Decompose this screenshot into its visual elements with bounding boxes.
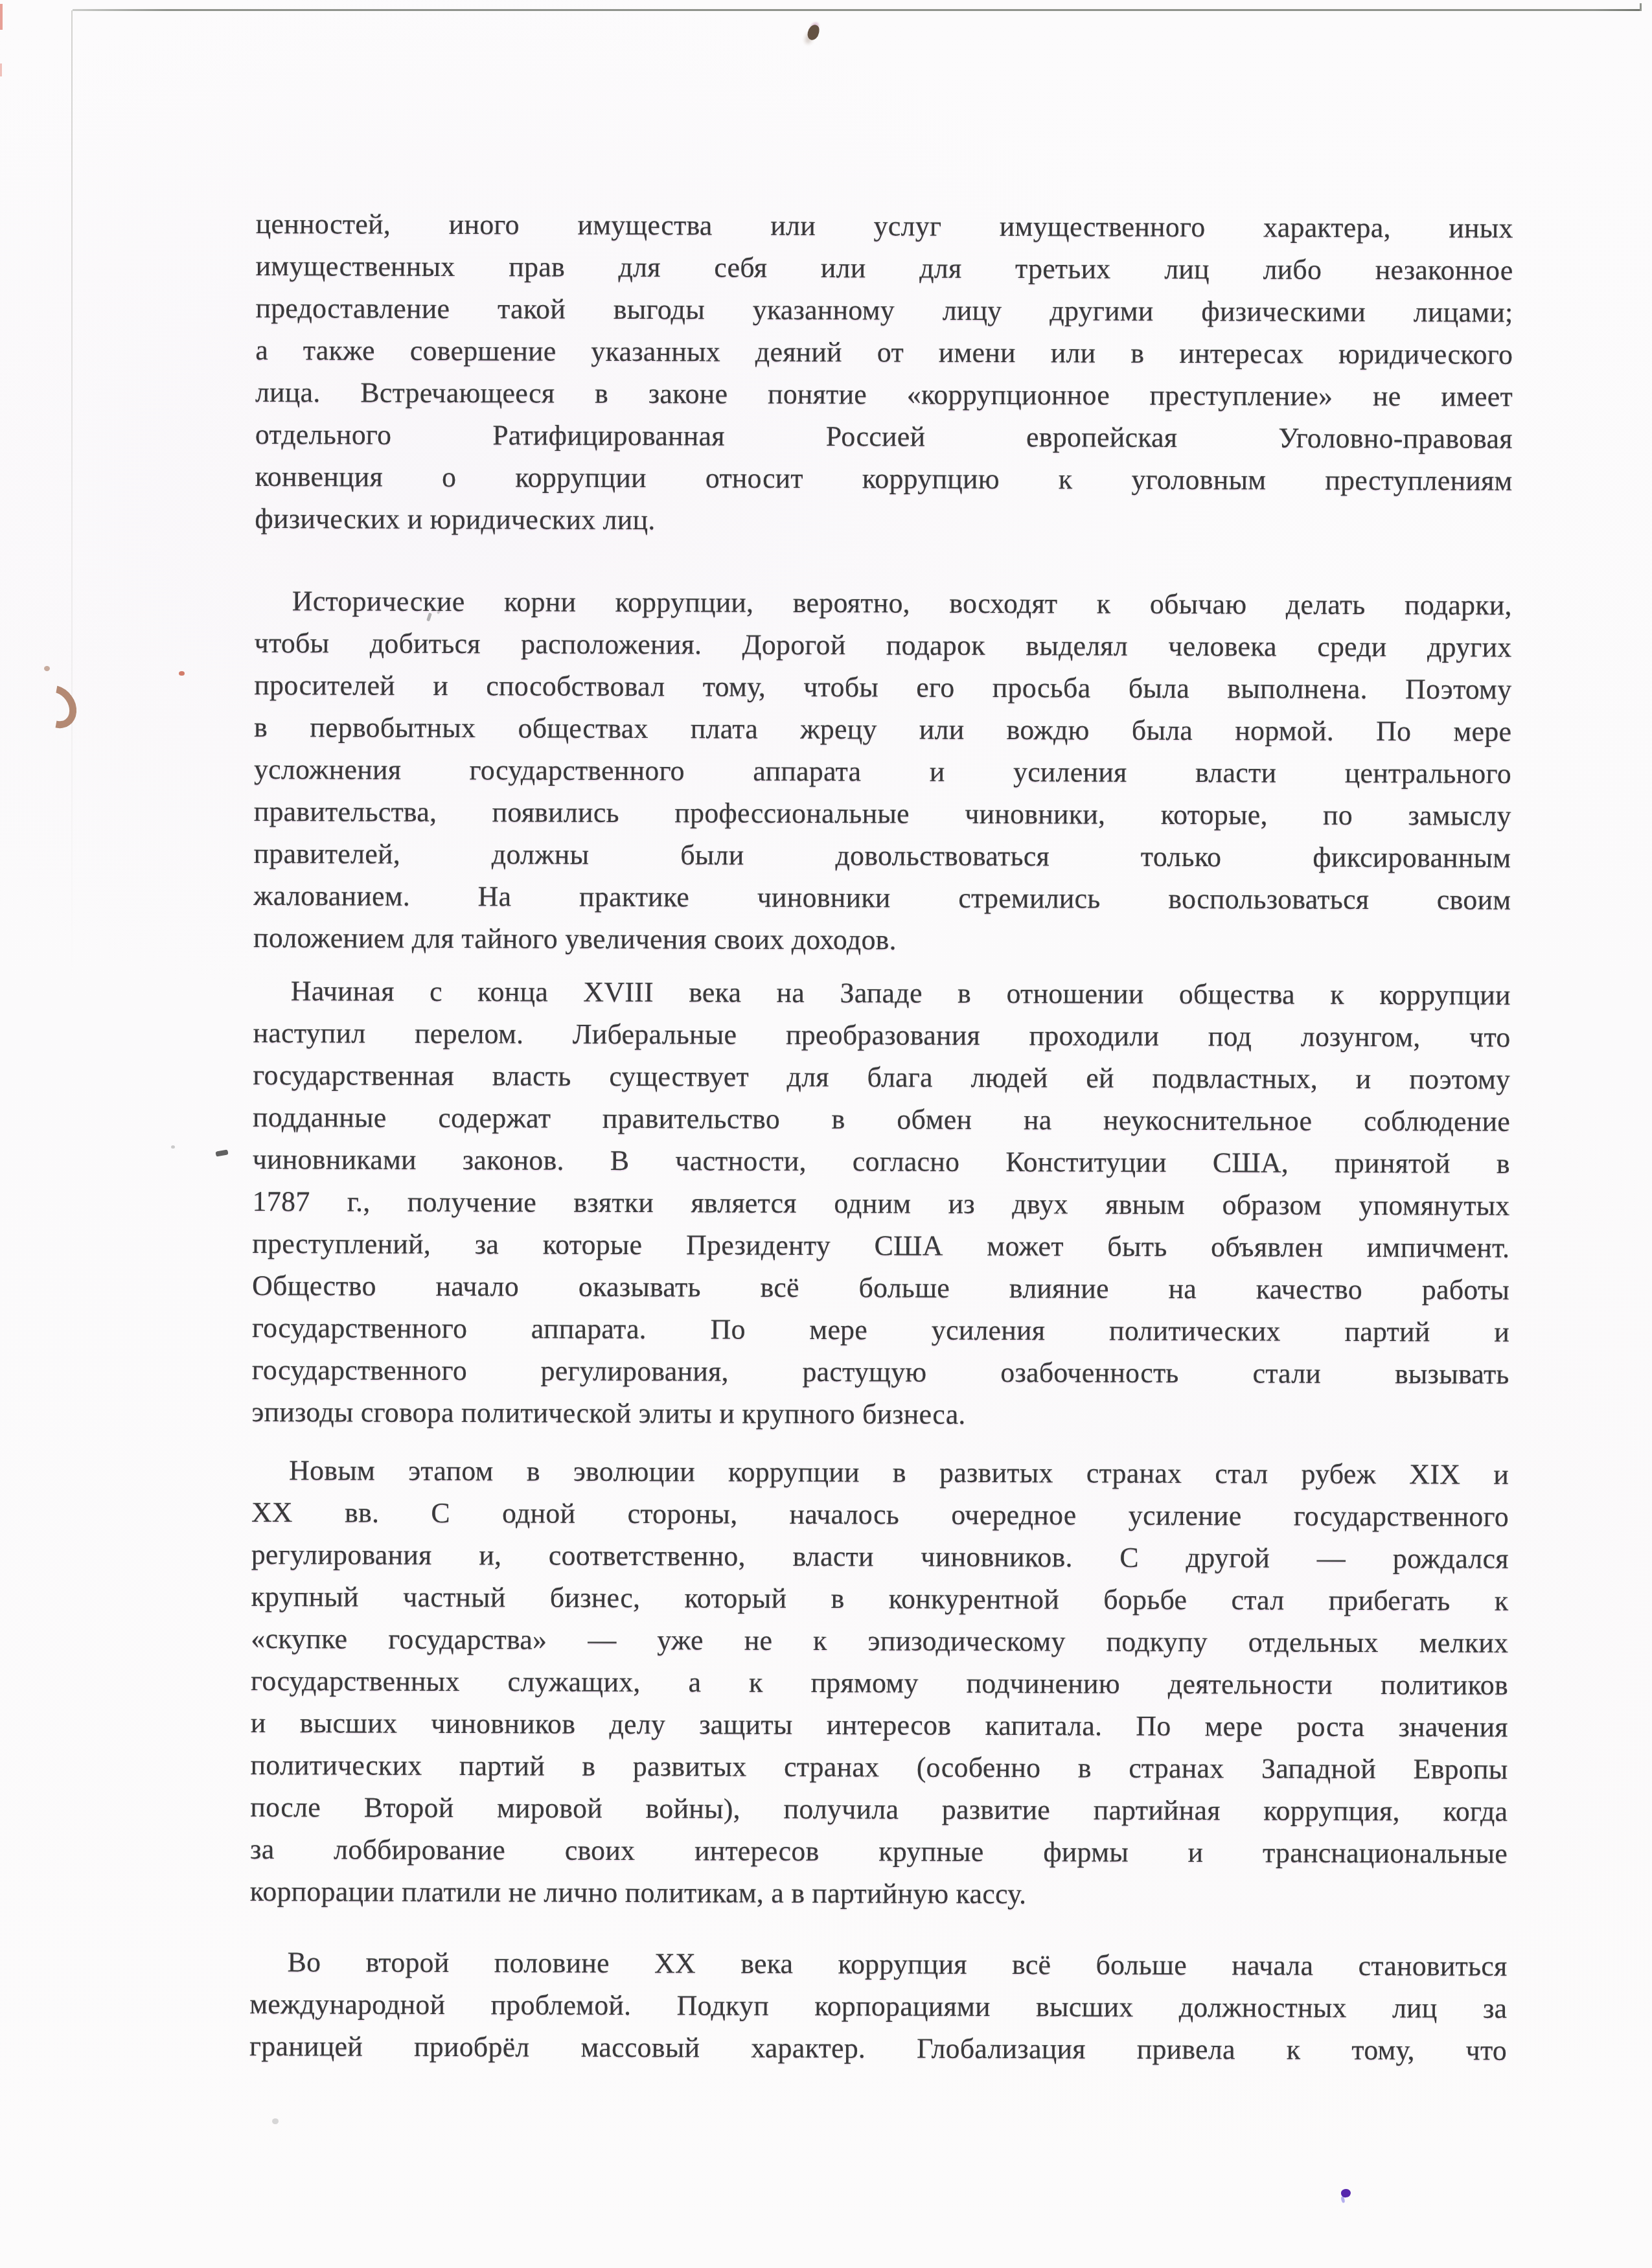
text-line: конвенция о коррупции относит коррупцию … — [255, 455, 1512, 502]
text-line: Исторические корни коррупции, вероятно, … — [255, 580, 1512, 626]
text-line: наступил перелом. Либеральные преобразов… — [253, 1012, 1510, 1059]
document-text: ценностей, иного имущества или услуг иму… — [249, 203, 1513, 2072]
faint-speck — [171, 1145, 175, 1149]
text-line: за лоббирование своих интересов крупные … — [250, 1828, 1508, 1875]
text-line: ценностей, иного имущества или услуг иму… — [256, 203, 1513, 249]
pen-mark-crescent — [28, 678, 85, 737]
paragraph-1: ценностей, иного имущества или услуг иму… — [255, 203, 1513, 544]
text-line: лица. Встречающееся в законе понятие «ко… — [255, 371, 1513, 418]
paragraph-3: Начиная с конца XVIII века на Западе в о… — [251, 970, 1510, 1438]
text-line: Во второй половине XX века коррупция всё… — [249, 1941, 1507, 1987]
text-line: границей приобрёл массовый характер. Гло… — [249, 2025, 1507, 2072]
text-line: государственного регулирования, растущую… — [252, 1349, 1509, 1395]
text-line: крупный частный бизнес, который в конкур… — [251, 1575, 1508, 1622]
text-line: 1787 г., получение взятки является одним… — [253, 1180, 1510, 1227]
ink-speck — [807, 23, 821, 41]
text-line: регулирования и, соответственно, власти … — [251, 1533, 1509, 1580]
text-line: преступлений, за которые Президенту США … — [252, 1222, 1509, 1269]
text-line: эпизоды сговора политической элиты и кру… — [251, 1391, 1509, 1438]
text-line: физических и юридических лиц. — [255, 498, 1512, 544]
text-line: жалованием. На практике чиновники стреми… — [253, 875, 1511, 921]
text-line: Начиная с конца XVIII века на Западе в о… — [253, 970, 1511, 1016]
text-line: чиновниками законов. В частности, соглас… — [253, 1138, 1510, 1185]
ink-speck — [44, 666, 50, 671]
text-line: положением для тайного увеличения своих … — [253, 917, 1511, 963]
paragraph-2: Исторические корни коррупции, вероятно, … — [253, 580, 1512, 963]
text-line: Новым этапом в эволюции коррупции в разв… — [251, 1449, 1509, 1496]
text-line: после Второй мировой войны), получила ра… — [250, 1786, 1508, 1833]
text-line: государственная власть существует для бл… — [253, 1054, 1510, 1101]
text-line: просителей и способствовал тому, чтобы е… — [254, 664, 1511, 711]
red-ink-speck — [179, 671, 185, 676]
text-line: Общество начало оказывать всё больше вли… — [252, 1265, 1509, 1311]
text-line: «скупке государства» — уже не к эпизодич… — [251, 1618, 1508, 1664]
text-line: отдельного Ратифицированная Россией евро… — [255, 413, 1513, 460]
paragraph-4: Новым этапом в эволюции коррупции в разв… — [250, 1449, 1509, 1917]
text-line: XX вв. С одной стороны, началось очередн… — [251, 1491, 1509, 1538]
text-line: предоставление такой выгоды указанному л… — [255, 287, 1513, 334]
scanner-edge-line — [73, 9, 1641, 11]
text-line: имущественных прав для себя или для трет… — [256, 245, 1513, 292]
text-line: подданные содержат правительство в обмен… — [253, 1096, 1510, 1143]
text-line: государственного аппарата. По мере усиле… — [252, 1307, 1509, 1353]
text-line: правителей, должны были довольствоваться… — [253, 832, 1511, 879]
text-line: и высших чиновников делу защиты интересо… — [251, 1702, 1508, 1748]
faint-speck — [272, 2118, 279, 2124]
text-line: государственных служащих, а к прямому по… — [251, 1660, 1508, 1706]
text-line: в первобытных обществах плата жрецу или … — [254, 706, 1511, 753]
text-line: а также совершение указанных деяний от и… — [255, 329, 1513, 376]
text-line: политических партий в развитых странах (… — [250, 1744, 1508, 1791]
pencil-dash-mark — [215, 1149, 228, 1156]
text-line: правительства, появились профессиональны… — [254, 790, 1511, 837]
text-line: усложнения государственного аппарата и у… — [254, 748, 1511, 795]
text-line: международной проблемой. Подкуп корпорац… — [249, 1983, 1507, 2030]
scanner-edge-line-vertical — [71, 10, 73, 982]
paragraph-5: Во второй половине XX века коррупция всё… — [249, 1941, 1508, 2072]
scan-edge-red-streak — [0, 4, 3, 30]
text-line: чтобы добиться расположения. Дорогой под… — [255, 622, 1512, 669]
scan-edge-red-streak — [0, 63, 2, 76]
purple-ink-dot — [1340, 2188, 1352, 2198]
scanned-page: ценностей, иного имущества или услуг иму… — [0, 0, 1652, 2268]
text-line: корпорации платили не лично политикам, а… — [250, 1870, 1508, 1917]
